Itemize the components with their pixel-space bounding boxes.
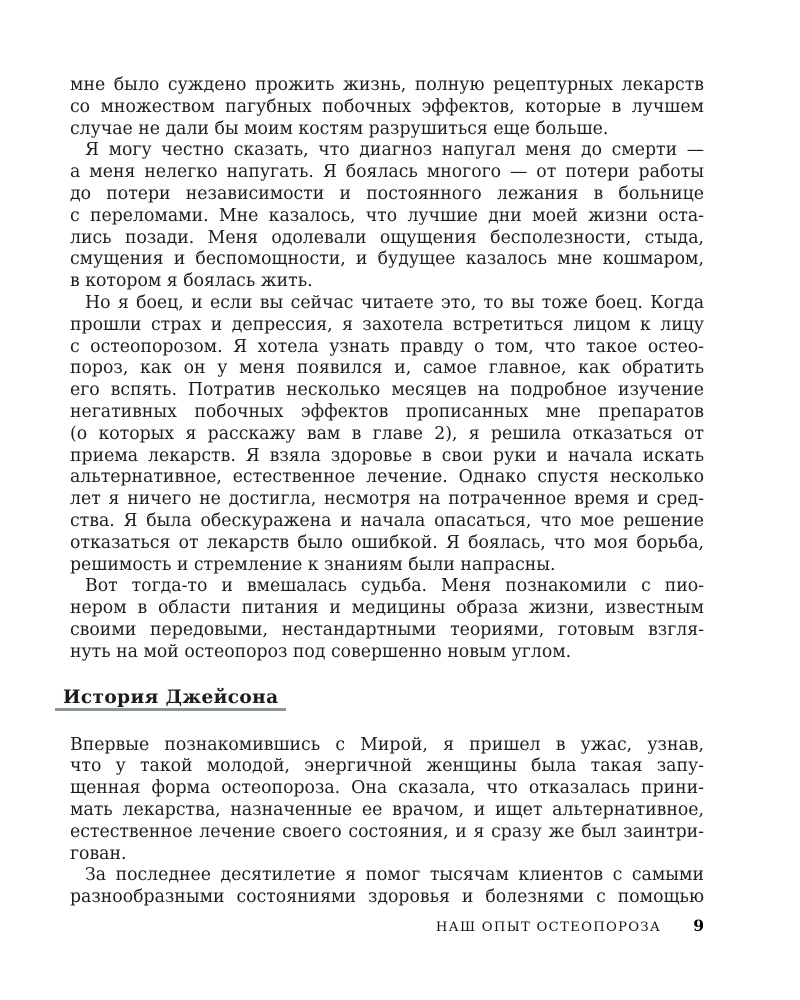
page-content: мне было суждено прожить жизнь, полную р… (70, 75, 704, 909)
text-line: ства. Я была обескуражена и начала опаса… (70, 511, 704, 533)
text-line: За последнее десятилетие я помог тысячам… (70, 865, 704, 887)
text-line: с остеопорозом. Я хотела узнать правду о… (70, 337, 704, 359)
page-footer: НАШ ОПЫТ ОСТЕОПОРОЗА 9 (436, 916, 704, 935)
text-line: мать лекарства, назначенные ее врачом, и… (70, 800, 704, 822)
text-line: со множеством пагубных побочных эффектов… (70, 97, 704, 119)
section-heading: История Джейсона (63, 687, 704, 709)
text-line: щенная форма остеопороза. Она сказала, ч… (70, 778, 704, 800)
running-title: НАШ ОПЫТ ОСТЕОПОРОЗА (436, 920, 661, 935)
text-line: нером в области питания и медицины образ… (70, 598, 704, 620)
text-line: что у такой молодой, энергичной женщины … (70, 756, 704, 778)
book-page: мне было суждено прожить жизнь, полную р… (0, 0, 800, 1000)
text-line: пороз, как он у меня появился и, самое г… (70, 358, 704, 380)
text-line: с переломами. Мне казалось, что лучшие д… (70, 206, 704, 228)
text-line: его вспять. Потратив несколько месяцев н… (70, 380, 704, 402)
text-line: негативных побочных эффектов прописанных… (70, 402, 704, 424)
text-line: в котором я боялась жить. (70, 271, 704, 293)
text-line: прошли страх и депрессия, я захотела вст… (70, 315, 704, 337)
text-line: решимость и стремление к знаниям были на… (70, 555, 704, 577)
text-line: мне было суждено прожить жизнь, полную р… (70, 75, 704, 97)
text-line: лись позади. Меня одолевали ощущения бес… (70, 228, 704, 250)
text-line: случае не дали бы моим костям разрушитьс… (70, 119, 704, 141)
text-line: естественное лечение своего состояния, и… (70, 822, 704, 844)
text-line: приема лекарств. Я взяла здоровье в свои… (70, 446, 704, 468)
text-line: (о которых я расскажу вам в главе 2), я … (70, 424, 704, 446)
text-line: Вот тогда-то и вмешалась судьба. Меня по… (70, 576, 704, 598)
text-line: смущения и беспомощности, и будущее каза… (70, 249, 704, 271)
text-line: своими передовыми, нестандартными теория… (70, 620, 704, 642)
heading-underline (55, 708, 286, 711)
text-line: Я могу честно сказать, что диагноз напуг… (70, 140, 704, 162)
text-line: гован. (70, 844, 704, 866)
text-line: до потери независимости и постоянного ле… (70, 184, 704, 206)
text-line: а меня нелегко напугать. Я боялась много… (70, 162, 704, 184)
text-line: Впервые познакомившись с Мирой, я пришел… (70, 735, 704, 757)
text-line: Но я боец, и если вы сейчас читаете это,… (70, 293, 704, 315)
text-line: лет я ничего не достигла, несмотря на по… (70, 489, 704, 511)
text-line: разнообразными состояниями здоровья и бо… (70, 887, 704, 909)
text-line: отказаться от лекарств было ошибкой. Я б… (70, 533, 704, 555)
section-heading-label: История Джейсона (63, 687, 278, 708)
text-line: нуть на мой остеопороз под совершенно но… (70, 642, 704, 664)
body-text-lower: Впервые познакомившись с Мирой, я пришел… (70, 735, 704, 909)
text-line: альтернативное, естественное лечение. Од… (70, 467, 704, 489)
page-number: 9 (693, 916, 704, 935)
body-text-upper: мне было суждено прожить жизнь, полную р… (70, 75, 704, 664)
